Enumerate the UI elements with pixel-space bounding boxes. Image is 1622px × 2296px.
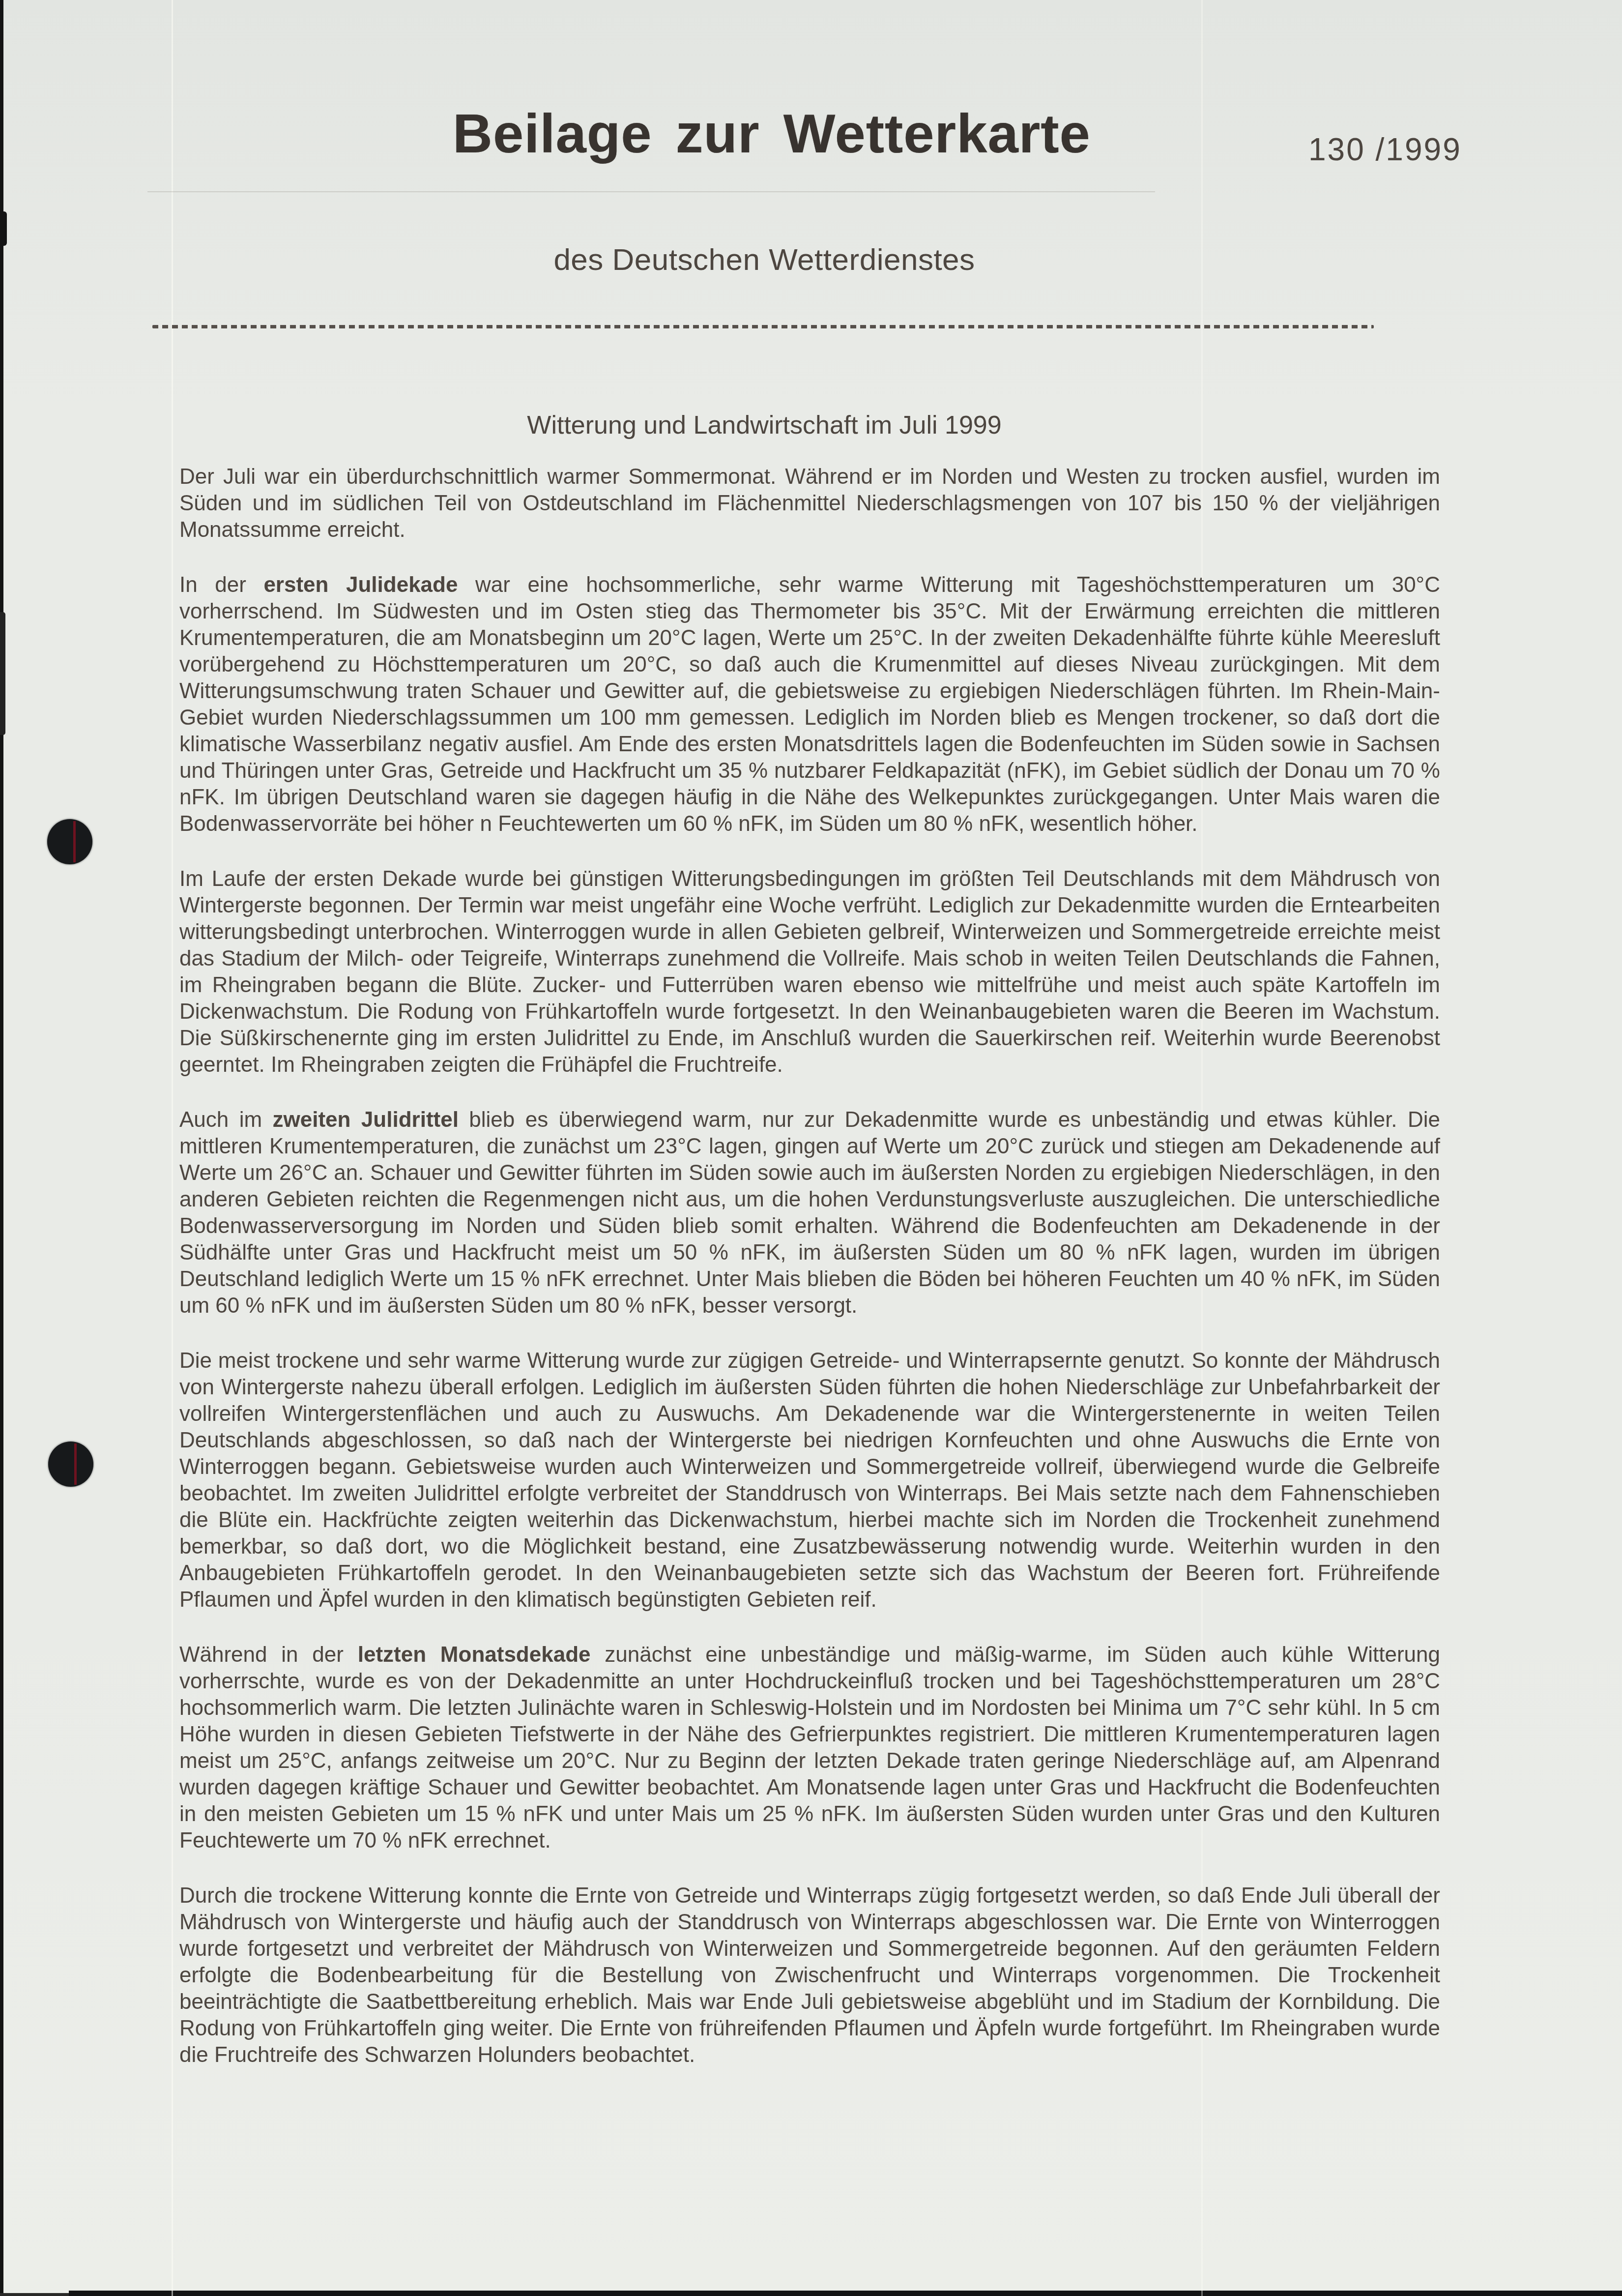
scan-edge-bottom-corner (0, 2293, 69, 2296)
text-run: Während in der (179, 1643, 358, 1667)
text-run: Durch die trockene Witterung konnte die … (179, 1884, 1440, 2067)
text-run: Die meist trockene und sehr warme Witter… (179, 1349, 1440, 1612)
hole-punch-bottom (48, 1442, 93, 1487)
paragraph-second-third-weather: Auch im zweiten Julidrittel blieb es übe… (179, 1107, 1440, 1319)
scan-edge-left (0, 0, 3, 2296)
text-run: war eine hochsommerliche, sehr warme Wit… (179, 573, 1440, 836)
bold-run: zweiten Julidrittel (273, 1108, 459, 1132)
bold-run: ersten Julidekade (263, 573, 458, 597)
paper-crease (172, 0, 173, 2296)
article-body: Der Juli war ein überdurchschnittlich wa… (179, 464, 1440, 2097)
organization-line: des Deutschen Wetterdienstes (0, 245, 1529, 275)
paragraph-last-decade-weather: Während in der letzten Monatsdekade zunä… (179, 1642, 1440, 1854)
article-heading: Witterung und Landwirtschaft im Juli 199… (0, 412, 1529, 440)
text-run: Im Laufe der ersten Dekade wurde bei gün… (179, 867, 1440, 1077)
issue-number: 130 /1999 (1308, 134, 1462, 165)
paragraph-month-end-agriculture: Durch die trockene Witterung konnte die … (179, 1883, 1440, 2068)
scanned-document-page: Beilage zur Wetterkarte 130 /1999 des De… (0, 0, 1622, 2296)
paragraph-second-third-agriculture: Die meist trockene und sehr warme Witter… (179, 1348, 1440, 1613)
scan-streak (147, 191, 1155, 192)
text-run: zunächst eine unbeständige und mäßig-war… (179, 1643, 1440, 1853)
bold-run: letzten Monatsdekade (358, 1643, 591, 1667)
text-run: Der Juli war ein überdurchschnittlich wa… (179, 465, 1440, 542)
scan-edge-bottom (69, 2291, 1622, 2296)
scan-artifact-line (73, 821, 76, 862)
text-run: blieb es überwiegend warm, nur zur Dekad… (179, 1108, 1440, 1318)
text-run: Auch im (179, 1108, 273, 1132)
dashed-divider (152, 325, 1374, 328)
scan-edge-blob (0, 612, 5, 735)
paragraph-first-decade-weather: In der ersten Julidekade war eine hochso… (179, 572, 1440, 837)
scan-artifact-line (74, 1443, 77, 1485)
hole-punch-top (47, 819, 92, 864)
text-run: In der (179, 573, 263, 597)
scan-edge-blob (0, 211, 7, 246)
paragraph-first-decade-agriculture: Im Laufe der ersten Dekade wurde bei gün… (179, 866, 1440, 1078)
paragraph-monthly-summary: Der Juli war ein überdurchschnittlich wa… (179, 464, 1440, 543)
